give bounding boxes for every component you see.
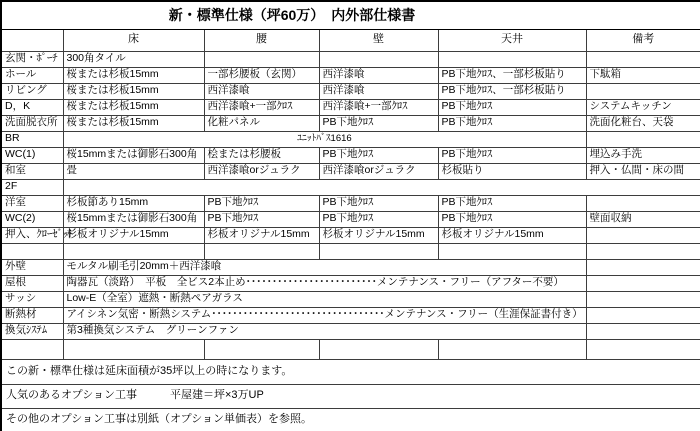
row-label: リビング	[1, 83, 63, 99]
row-label: 洋室	[1, 195, 63, 211]
row-label: 玄関・ﾎﾟｰﾁ	[1, 51, 63, 67]
cell: 西洋漆喰+一部ｸﾛｽ	[319, 99, 438, 115]
header-ceiling: 天井	[438, 29, 586, 51]
cell: PB下地ｸﾛｽ、一部杉板貼り	[438, 83, 586, 99]
table-row: BRﾕﾆｯﾄﾊﾞｽ1616	[1, 131, 700, 147]
cell	[204, 243, 319, 259]
merged-cell: モルタル刷毛引20mm＋西洋漆喰	[63, 259, 586, 275]
row-label: 2F	[1, 179, 63, 195]
table-row: D，K桜または杉板15mm西洋漆喰+一部ｸﾛｽ西洋漆喰+一部ｸﾛｽPB下地ｸﾛｽ…	[1, 99, 700, 115]
cell: PB下地ｸﾛｽ	[438, 211, 586, 227]
cell: 杉板オリジナル15mm	[63, 227, 204, 243]
note-text: 人気のあるオプション工事 平屋建＝坪×3万UP	[1, 384, 700, 408]
table-row: サッシLow-E（全室）遮熱・断熱ペアガラス	[1, 291, 700, 307]
cell: 一部杉腰板（玄関）	[204, 67, 319, 83]
remark-cell	[586, 291, 700, 307]
merged-cell	[63, 179, 700, 195]
cell: 桜15mmまたは御影石300角	[63, 147, 204, 163]
remark-cell	[586, 275, 700, 291]
cell: PB下地ｸﾛｽ	[204, 195, 319, 211]
row-label: 外壁	[1, 259, 63, 275]
row-label: ホール	[1, 67, 63, 83]
row-label	[1, 339, 63, 359]
note-text: その他のオプション工事は別紙（オプション単価表）を参照。	[1, 408, 700, 431]
header-wall: 壁	[319, 29, 438, 51]
cell: 洗面化粧台、天袋	[586, 115, 700, 131]
spec-sheet: 新・標準仕様（坪60万） 内外部仕様書 床 腰 壁 天井 備考 玄関・ﾎﾟｰﾁ3…	[0, 0, 700, 431]
cell: PB下地ｸﾛｽ	[438, 99, 586, 115]
row-label: 押入、ｸﾛｰｾﾞｯﾄ	[1, 227, 63, 243]
table-row: 2F	[1, 179, 700, 195]
cell	[63, 243, 204, 259]
cell: 桜または杉板15mm	[63, 115, 204, 131]
row-label: 換気ｼｽﾃﾑ	[1, 323, 63, 339]
cell: 下駄箱	[586, 67, 700, 83]
table-row: 玄関・ﾎﾟｰﾁ300角タイル	[1, 51, 700, 67]
cell	[586, 243, 700, 259]
merged-cell: Low-E（全室）遮熱・断熱ペアガラス	[63, 291, 586, 307]
table-row: WC(2)桜15mmまたは御影石300角PB下地ｸﾛｽPB下地ｸﾛｽPB下地ｸﾛ…	[1, 211, 700, 227]
cell	[319, 243, 438, 259]
remark-cell	[586, 259, 700, 275]
cell: 西洋漆喰+一部ｸﾛｽ	[204, 99, 319, 115]
row-label: サッシ	[1, 291, 63, 307]
cell: 西洋漆喰orジュラク	[319, 163, 438, 179]
remark-cell	[586, 323, 700, 339]
cell: 西洋漆喰orジュラク	[204, 163, 319, 179]
header-row: 床 腰 壁 天井 備考	[1, 29, 700, 51]
cell: 杉板オリジナル15mm	[204, 227, 319, 243]
table-row: 断熱材アイシネン気密・断熱システム･･･････････････････････…	[1, 307, 700, 323]
row-label: D，K	[1, 99, 63, 115]
row-label: WC(2)	[1, 211, 63, 227]
cell: PB下地ｸﾛｽ	[319, 211, 438, 227]
cell	[438, 51, 586, 67]
cell: 化粧パネル	[204, 115, 319, 131]
cell	[319, 51, 438, 67]
cell	[586, 51, 700, 67]
page-title: 新・標準仕様（坪60万） 内外部仕様書	[1, 1, 700, 29]
cell: 桜または杉板15mm	[63, 83, 204, 99]
cell	[438, 339, 586, 359]
remark-cell	[586, 307, 700, 323]
cell: PB下地ｸﾛｽ、一部杉板貼り	[438, 67, 586, 83]
cell: 杉板オリジナル15mm	[438, 227, 586, 243]
cell: 杉板貼り	[438, 163, 586, 179]
header-wainscot: 腰	[204, 29, 319, 51]
spec-table: 新・標準仕様（坪60万） 内外部仕様書 床 腰 壁 天井 備考 玄関・ﾎﾟｰﾁ3…	[0, 0, 700, 431]
cell	[204, 339, 319, 359]
row-label: WC(1)	[1, 147, 63, 163]
table-row: 屋根陶器瓦（淡路） 平板 全ビス2本止め････････････････････…	[1, 275, 700, 291]
cell: 畳	[63, 163, 204, 179]
cell: 桜または杉板15mm	[63, 67, 204, 83]
table-row: ホール桜または杉板15mm一部杉腰板（玄関）西洋漆喰PB下地ｸﾛｽ、一部杉板貼り…	[1, 67, 700, 83]
header-room	[1, 29, 63, 51]
merged-cell: ﾕﾆｯﾄﾊﾞｽ1616	[63, 131, 586, 147]
cell: 西洋漆喰	[204, 83, 319, 99]
table-row: 外壁モルタル刷毛引20mm＋西洋漆喰	[1, 259, 700, 275]
table-row: 押入、ｸﾛｰｾﾞｯﾄ杉板オリジナル15mm杉板オリジナル15mm杉板オリジナル1…	[1, 227, 700, 243]
cell	[586, 339, 700, 359]
cell: システムキッチン	[586, 99, 700, 115]
cell: PB下地ｸﾛｽ	[438, 195, 586, 211]
row-label: 断熱材	[1, 307, 63, 323]
cell: 壁面収納	[586, 211, 700, 227]
note-row: その他のオプション工事は別紙（オプション単価表）を参照。	[1, 408, 700, 431]
note-row: 人気のあるオプション工事 平屋建＝坪×3万UP	[1, 384, 700, 408]
title-row: 新・標準仕様（坪60万） 内外部仕様書	[1, 1, 700, 29]
table-row: 洗面脱衣所桜または杉板15mm化粧パネルPB下地ｸﾛｽPB下地ｸﾛｽ洗面化粧台、…	[1, 115, 700, 131]
table-row: WC(1)桜15mmまたは御影石300角桧または杉腰板PB下地ｸﾛｽPB下地ｸﾛ…	[1, 147, 700, 163]
header-floor: 床	[63, 29, 204, 51]
cell: 300角タイル	[63, 51, 204, 67]
cell	[586, 227, 700, 243]
cell	[63, 339, 204, 359]
row-label	[1, 243, 63, 259]
merged-cell: 第3種換気システム グリーンファン	[63, 323, 586, 339]
cell: PB下地ｸﾛｽ	[319, 195, 438, 211]
cell: 桜15mmまたは御影石300角	[63, 211, 204, 227]
cell: 埋込み手洗	[586, 147, 700, 163]
cell	[586, 195, 700, 211]
header-remarks: 備考	[586, 29, 700, 51]
cell: PB下地ｸﾛｽ	[438, 115, 586, 131]
cell: 杉板節あり15mm	[63, 195, 204, 211]
cell: PB下地ｸﾛｽ	[319, 115, 438, 131]
cell	[438, 243, 586, 259]
cell: PB下地ｸﾛｽ	[319, 147, 438, 163]
note-row: この新・標準仕様は延床面積が35坪以上の時になります。	[1, 359, 700, 384]
merged-cell: アイシネン気密・断熱システム･･････････････････････････…	[63, 307, 586, 323]
table-row: 換気ｼｽﾃﾑ第3種換気システム グリーンファン	[1, 323, 700, 339]
row-label: 屋根	[1, 275, 63, 291]
cell: 西洋漆喰	[319, 83, 438, 99]
table-row: 和室畳西洋漆喰orジュラク西洋漆喰orジュラク杉板貼り押入・仏間・床の間	[1, 163, 700, 179]
table-row: 洋室杉板節あり15mmPB下地ｸﾛｽPB下地ｸﾛｽPB下地ｸﾛｽ	[1, 195, 700, 211]
table-row	[1, 243, 700, 259]
note-text: この新・標準仕様は延床面積が35坪以上の時になります。	[1, 359, 700, 384]
table-row	[1, 339, 700, 359]
row-label: BR	[1, 131, 63, 147]
cell: 押入・仏間・床の間	[586, 163, 700, 179]
row-label: 和室	[1, 163, 63, 179]
row-label: 洗面脱衣所	[1, 115, 63, 131]
cell: PB下地ｸﾛｽ	[438, 147, 586, 163]
cell: PB下地ｸﾛｽ	[204, 211, 319, 227]
cell: 桧または杉腰板	[204, 147, 319, 163]
cell: 西洋漆喰	[319, 67, 438, 83]
merged-cell: 陶器瓦（淡路） 平板 全ビス2本止め･･････････････････････…	[63, 275, 586, 291]
cell	[319, 339, 438, 359]
cell: 杉板オリジナル15mm	[319, 227, 438, 243]
remark-cell	[586, 131, 700, 147]
cell	[204, 51, 319, 67]
cell	[586, 83, 700, 99]
table-row: リビング桜または杉板15mm西洋漆喰西洋漆喰PB下地ｸﾛｽ、一部杉板貼り	[1, 83, 700, 99]
cell: 桜または杉板15mm	[63, 99, 204, 115]
